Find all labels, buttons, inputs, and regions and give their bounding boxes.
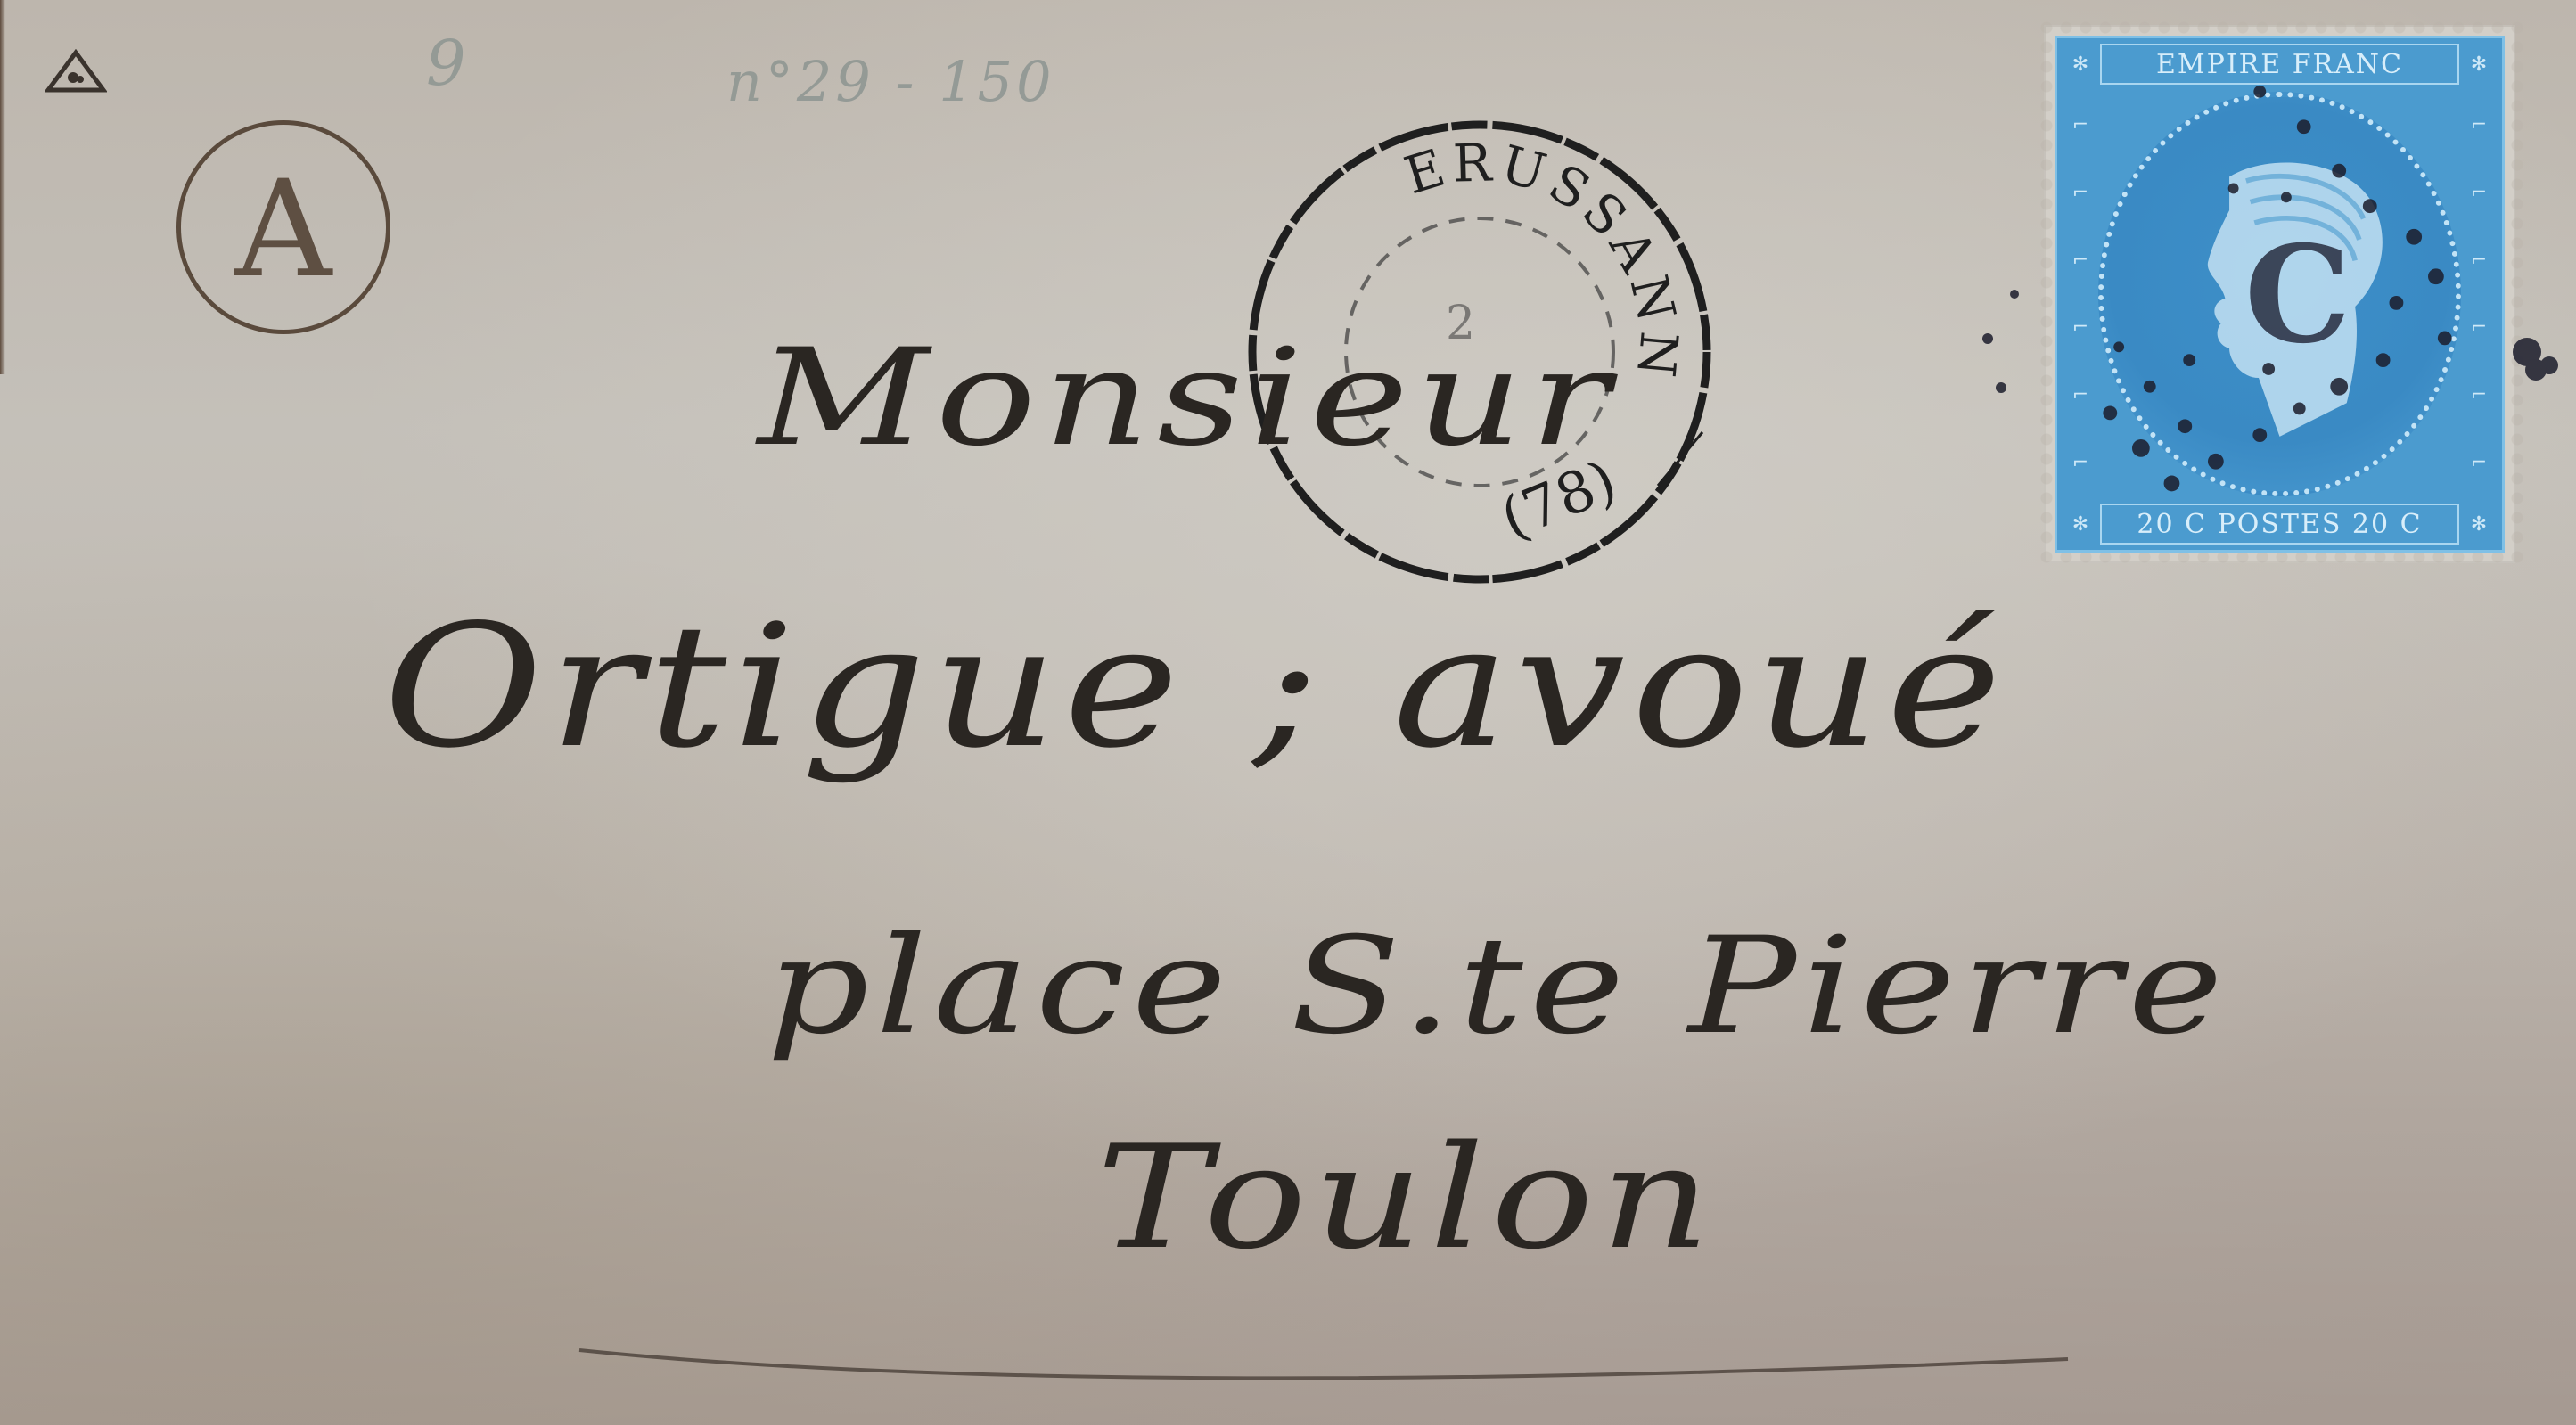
address-line-street: place S.te Pierre <box>767 909 2229 1064</box>
envelope-edge <box>0 0 5 374</box>
circled-a-letter: A <box>235 163 332 297</box>
stamp-top-legend: EMPIRE FRANC <box>2100 44 2459 85</box>
address-line-salutation: Monsieur <box>758 321 1616 476</box>
triangle-mark-icon <box>45 49 107 94</box>
stamp-corner-ornament-icon: ✻ <box>2063 44 2098 85</box>
address-line-name: Ortigue ; avoué <box>383 588 2007 785</box>
pencil-number: 9 <box>426 27 466 100</box>
pencil-reference: n°29 - 150 <box>726 49 1055 114</box>
address-underline <box>570 1337 2086 1390</box>
address-line-city: Toulon <box>1096 1114 1717 1281</box>
stamp-corner-ornament-icon: ✻ <box>2461 44 2497 85</box>
stray-cancel-dots <box>1961 178 2576 579</box>
circled-a-marking: A <box>176 120 390 334</box>
envelope: A 9 n°29 - 150 ERUSSANNE (78) 2 ✻ ✻ ✻ ✻ … <box>0 0 2576 1425</box>
